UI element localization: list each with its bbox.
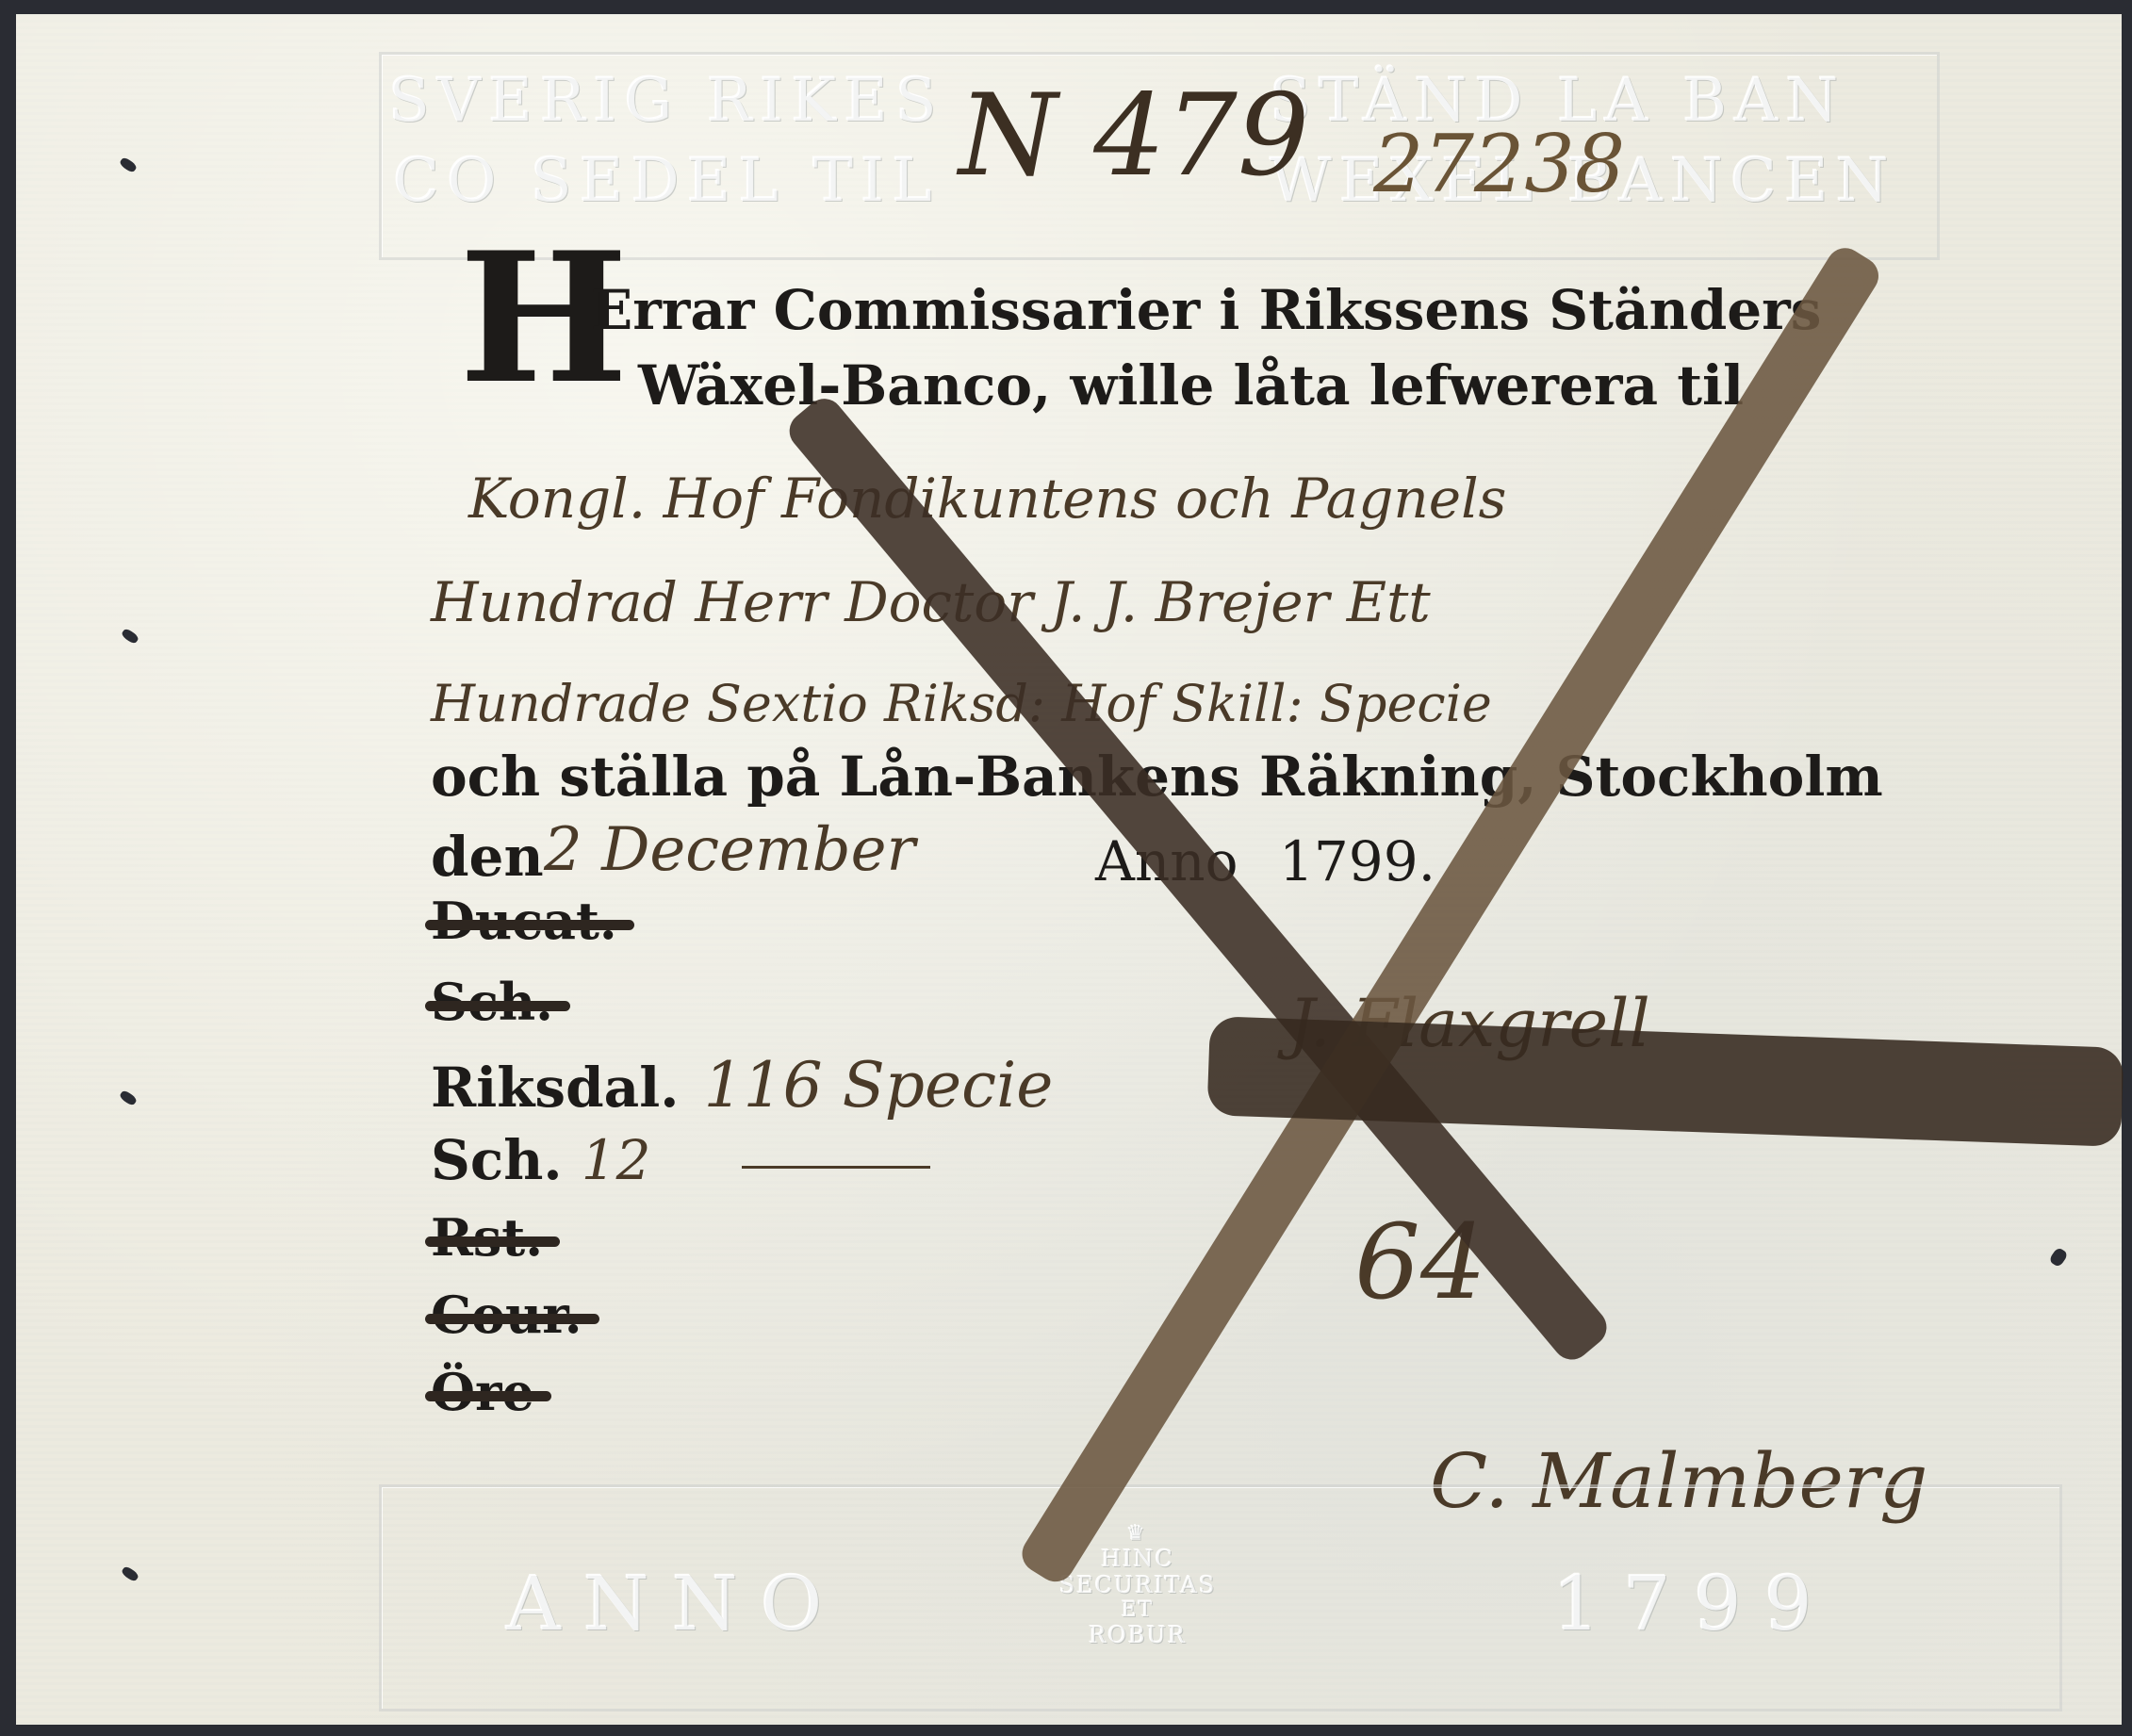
- denomination-rst: Rst.: [431, 1207, 1053, 1285]
- cancel-stroke-diagonal-2: [1015, 241, 1886, 1589]
- punch-hole: [119, 156, 138, 174]
- embossed-footer-anno: ANNO: [506, 1560, 845, 1647]
- printed-line-2: Wäxel-Banco, wille låta lefwerera til: [638, 353, 1744, 418]
- denomination-riksdal: Riksdal. 116 Specie: [431, 1049, 1053, 1128]
- handwritten-payee-line-3: Hundrade Sextio Riksd: Hof Skill: Specie: [431, 674, 1492, 733]
- denomination-ore: Öre: [431, 1362, 1053, 1439]
- banknote-paper: SVERIG RIKES CO SEDEL TIL STÄND LA BAN W…: [16, 14, 2122, 1725]
- second-number: 27238: [1373, 118, 1625, 210]
- printed-line-1: Errar Commissarier i Rikssens Ständers: [591, 278, 1821, 342]
- printed-year: 1799.: [1279, 829, 1435, 893]
- punch-hole: [121, 628, 139, 646]
- embossed-footer-year: 1799: [1552, 1560, 1835, 1647]
- riksdal-value: 116 Specie: [704, 1049, 1054, 1122]
- embossed-header-left-1: SVERIG RIKES: [388, 66, 944, 136]
- denomination-list: Ducat. Sch. Riksdal. 116 Specie Sch. 12 …: [431, 891, 1053, 1439]
- denomination-cour: Cour.: [431, 1285, 1053, 1362]
- denomination-sch-1: Sch.: [431, 972, 1053, 1049]
- embossed-header-left-2: CO SEDEL TIL: [393, 146, 940, 216]
- serial-number: N 479: [959, 71, 1309, 202]
- sch-value: 12: [582, 1128, 651, 1192]
- denomination-ducat: Ducat.: [431, 891, 1053, 972]
- handwritten-payee-line-1: Kongl. Hof Fondikuntens och Pagnels: [468, 467, 1506, 531]
- denomination-sch-2: Sch. 12: [431, 1128, 1053, 1207]
- handwritten-date: 2 December: [544, 815, 915, 885]
- printed-den: den: [431, 825, 544, 889]
- punch-hole: [119, 1089, 138, 1107]
- punch-hole: [121, 1565, 139, 1583]
- amount-line: [742, 1166, 930, 1169]
- punch-hole: [2048, 1247, 2069, 1269]
